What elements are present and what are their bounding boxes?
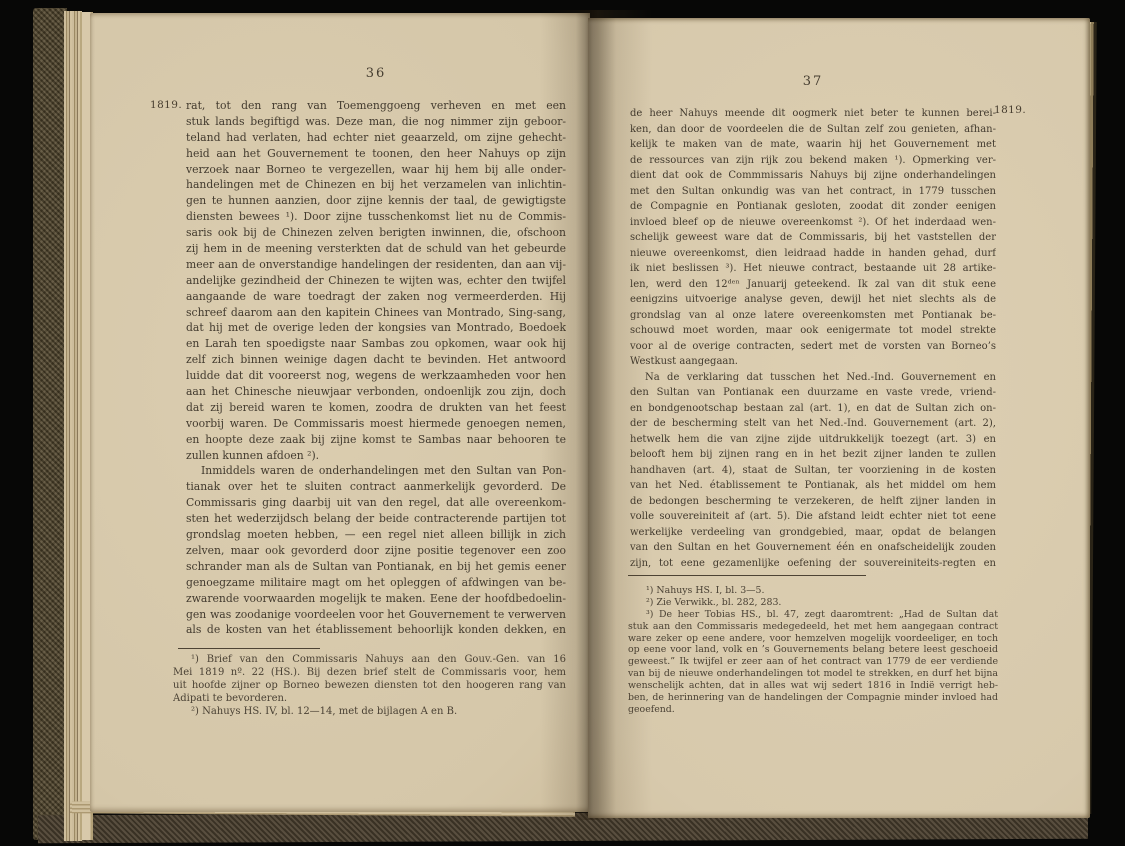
text-line: zijn, tot eene gezamenlijke oefening der… <box>630 556 996 572</box>
text-line: van het Ned. établissement te Pontianak,… <box>630 478 996 494</box>
text-line: tianak over het te sluiten contract aanm… <box>186 479 566 495</box>
text-line: grondslag van al onze latere overeenkoms… <box>630 308 996 324</box>
text-line: rat, tot den rang van Toemenggoeng verhe… <box>186 98 566 114</box>
text-line: geoefend. <box>628 704 998 716</box>
text-line: handhaven (art. 4), staat de Sultan, ter… <box>630 463 996 479</box>
text-line: van bij de nieuwe onderhandelingen tot m… <box>628 668 998 680</box>
text-line: uit hoofde zijner op Borneo bewezen dien… <box>173 679 566 692</box>
text-line: Na de verklaring dat tusschen het Ned.-I… <box>630 370 996 386</box>
text-line: schouwd moet worden, maar ook eenigermat… <box>630 323 996 339</box>
text-line: ben, de herinnering van de handelingen d… <box>628 692 998 704</box>
text-line: der de bescherming stelt van het Ned.-In… <box>630 416 996 432</box>
text-line: wenschelijk achten, dat in alles wat wij… <box>628 680 998 692</box>
text-line: schrander man als de Sultan van Pontiana… <box>186 559 566 575</box>
text-line: de Compagnie en Pontianak gesloten, zood… <box>630 199 996 215</box>
text-line: schelijk geweest ware dat de Commissaris… <box>630 230 996 246</box>
book-cover-spine <box>33 8 67 840</box>
text-line: gen te hunnen aanzien, door zijne kennis… <box>186 193 566 209</box>
text-line: van den Sultan en het Gouvernement één e… <box>630 540 996 556</box>
text-line: aangaande de ware toedragt der zaken nog… <box>186 289 566 305</box>
text-line: en bondgenootschap bestaan zal (art. 1),… <box>630 401 996 417</box>
page-number-left: 36 <box>186 66 566 81</box>
text-line: diensten bewees ¹). Door zijne tusschenk… <box>186 209 566 225</box>
text-line: heid aan het Gouvernement te toonen, den… <box>186 146 566 162</box>
text-line: Commissaris ging daarbij uit van den reg… <box>186 495 566 511</box>
text-line: ²) Zie Verwikk., bl. 282, 283. <box>628 597 998 609</box>
text-line: op eene voor land, volk en ’s Gouverneme… <box>628 644 998 656</box>
text-line: len, werd den 12ᵈᵉⁿ Januarij geteekend. … <box>630 277 996 293</box>
text-line: voor al de overige contracten, sedert me… <box>630 339 996 355</box>
text-line: stuk lands begiftigd was. Deze man, die … <box>186 114 566 130</box>
text-line: zwarende voorwaarden mogelijk te maken. … <box>186 591 566 607</box>
text-line: verzoek naar Borneo te vergezellen, waar… <box>186 162 566 178</box>
text-line: volle souvereiniteit af (art. 5). Die af… <box>630 509 996 525</box>
text-line: met den Sultan onkundig was van het cont… <box>630 184 996 200</box>
right-page: 37 1819. de heer Nahuys meende dit oogme… <box>588 18 1090 818</box>
book-photo: 36 1819. rat, tot den rang van Toemenggo… <box>0 0 1125 846</box>
text-line: handelingen met de Chinezen en bij het v… <box>186 177 566 193</box>
footnote-separator-left <box>178 648 320 649</box>
text-line: geweest.” Ik twijfel er zeer aan of het … <box>628 656 998 668</box>
left-page: 36 1819. rat, tot den rang van Toemenggo… <box>90 13 590 812</box>
text-line: hetwelk hem die van zijne zijde uitdrukk… <box>630 432 996 448</box>
text-line: sten het wederzijdsch belang der beide c… <box>186 511 566 527</box>
text-line: andelijke gezindheid der Chinezen te wij… <box>186 273 566 289</box>
text-line: zij hem in de meening versterkten dat de… <box>186 241 566 257</box>
text-line: gen was zoodanige voordeelen voor het Go… <box>186 607 566 623</box>
margin-year-right: 1819. <box>994 104 1026 116</box>
text-line: ware zeker op eene andere, voor hemzelve… <box>628 633 998 645</box>
text-line: dat zij bereid waren te komen, zoodra de… <box>186 400 566 416</box>
text-line: de bedongen bescherming te verzekeren, d… <box>630 494 996 510</box>
text-line: voorbij waren. De Commissaris moest hier… <box>186 416 566 432</box>
text-line: als de kosten van het établissement beho… <box>186 622 566 638</box>
text-line: belooft hem bij zijnen rang en in het be… <box>630 447 996 463</box>
text-line: ¹) Brief van den Commissaris Nahuys aan … <box>173 653 566 666</box>
left-page-body-text: rat, tot den rang van Toemenggoeng verhe… <box>186 98 566 638</box>
text-line: ken, dan door de voordeelen die de Sulta… <box>630 122 996 138</box>
text-line: zelven, maar ook gevorderd door zijne po… <box>186 543 566 559</box>
text-line: den Sultan van Pontianak een duurzame en… <box>630 385 996 401</box>
text-line: ³) De heer Tobias HS., bl. 47, zegt daar… <box>628 609 998 621</box>
text-line: schreef daarom aan den kapitein Chinees … <box>186 305 566 321</box>
text-line: de heer Nahuys meende dit oogmerk niet b… <box>630 106 996 122</box>
right-page-footnotes: ¹) Nahuys HS. I, bl. 3—5.²) Zie Verwikk.… <box>628 585 998 716</box>
text-line: ik niet beslissen ³). Het nieuwe contrac… <box>630 261 996 277</box>
text-line: ²) Nahuys HS. IV, bl. 12—14, met de bijl… <box>173 705 566 718</box>
text-line: teland had verlaten, had echter niet gea… <box>186 130 566 146</box>
text-line: de ressources van zijn rijk zou bekend m… <box>630 153 996 169</box>
text-line: stuk aan den Commissaris medegedeeld, he… <box>628 621 998 633</box>
left-page-footnotes: ¹) Brief van den Commissaris Nahuys aan … <box>173 653 566 718</box>
text-line: luidde dat dit vooreerst nog, wegens de … <box>186 368 566 384</box>
text-line: nieuwe overeenkomst, dien leidraad hadde… <box>630 246 996 262</box>
text-line: werkelijke verdeeling van grondgebied, m… <box>630 525 996 541</box>
text-line: Mei 1819 nº. 22 (HS.). Bij dezen brief s… <box>173 666 566 679</box>
text-line: en Larah ten spoedigste naar Sambas zou … <box>186 336 566 352</box>
text-line: dient dat ook de Commmissaris Nahuys bij… <box>630 168 996 184</box>
text-line: invloed bleef op de nieuwe overeenkomst … <box>630 215 996 231</box>
text-line: aan het Chinesche nieuwjaar verbonden, o… <box>186 384 566 400</box>
text-line: saris ook bij de Chinezen zelven berigte… <box>186 225 566 241</box>
text-line: Inmiddels waren de onderhandelingen met … <box>186 463 566 479</box>
text-line: zelf zich binnen weinige dagen dacht te … <box>186 352 566 368</box>
text-line: Westkust aangegaan. <box>630 354 996 370</box>
footnote-separator-right <box>628 575 866 576</box>
page-number-right: 37 <box>632 74 994 89</box>
text-line: en hoopte deze zaak bij zijne komst te S… <box>186 432 566 448</box>
text-line: kelijk te maken van de mate, waarin hij … <box>630 137 996 153</box>
text-line: zullen kunnen afdoen ²). <box>186 448 566 464</box>
text-line: eenigzins uitvoerige analyse geven, dewi… <box>630 292 996 308</box>
text-line: genoegzame militaire magt om het oplegge… <box>186 575 566 591</box>
text-line: dat hij met de overige leden der kongsie… <box>186 320 566 336</box>
right-page-body-text: de heer Nahuys meende dit oogmerk niet b… <box>630 106 996 571</box>
text-line: ¹) Nahuys HS. I, bl. 3—5. <box>628 585 998 597</box>
margin-year-left: 1819. <box>150 99 182 111</box>
text-line: meer aan de onverstandige handelingen de… <box>186 257 566 273</box>
text-line: grondslag moeten hebben, — een regel nie… <box>186 527 566 543</box>
text-line: Adipati te bevorderen. <box>173 692 566 705</box>
